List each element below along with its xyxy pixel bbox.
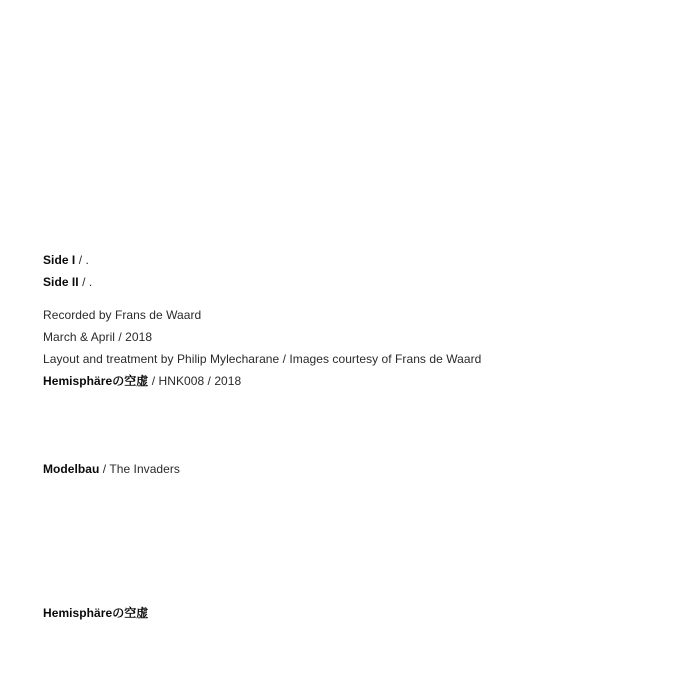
side-two-value: . [89,275,92,289]
album-title: The Invaders [109,462,180,476]
artist-title-line: Modelbau / The Invaders [43,462,180,476]
side-two-line: Side II / . [43,275,92,289]
side-one-value: . [85,253,88,267]
artist-name: Modelbau [43,462,99,476]
recorded-by-credit: Recorded by Frans de Waard [43,308,201,322]
side-one-line: Side I / . [43,253,89,267]
recording-date: March & April / 2018 [43,330,152,344]
side-two-separator: / [79,275,89,289]
side-one-title: Side I [43,253,75,267]
release-info-line: Hemisphäreの空虚 / HNK008 / 2018 [43,374,241,388]
side-two-title: Side II [43,275,79,289]
footer-label-name: Hemisphäreの空虚 [43,606,148,620]
release-separator: / [148,374,158,388]
artist-separator: / [99,462,109,476]
label-name: Hemisphäreの空虚 [43,374,148,388]
layout-credit: Layout and treatment by Philip Mylechara… [43,352,481,366]
side-one-separator: / [75,253,85,267]
catalog-and-year: HNK008 / 2018 [159,374,242,388]
